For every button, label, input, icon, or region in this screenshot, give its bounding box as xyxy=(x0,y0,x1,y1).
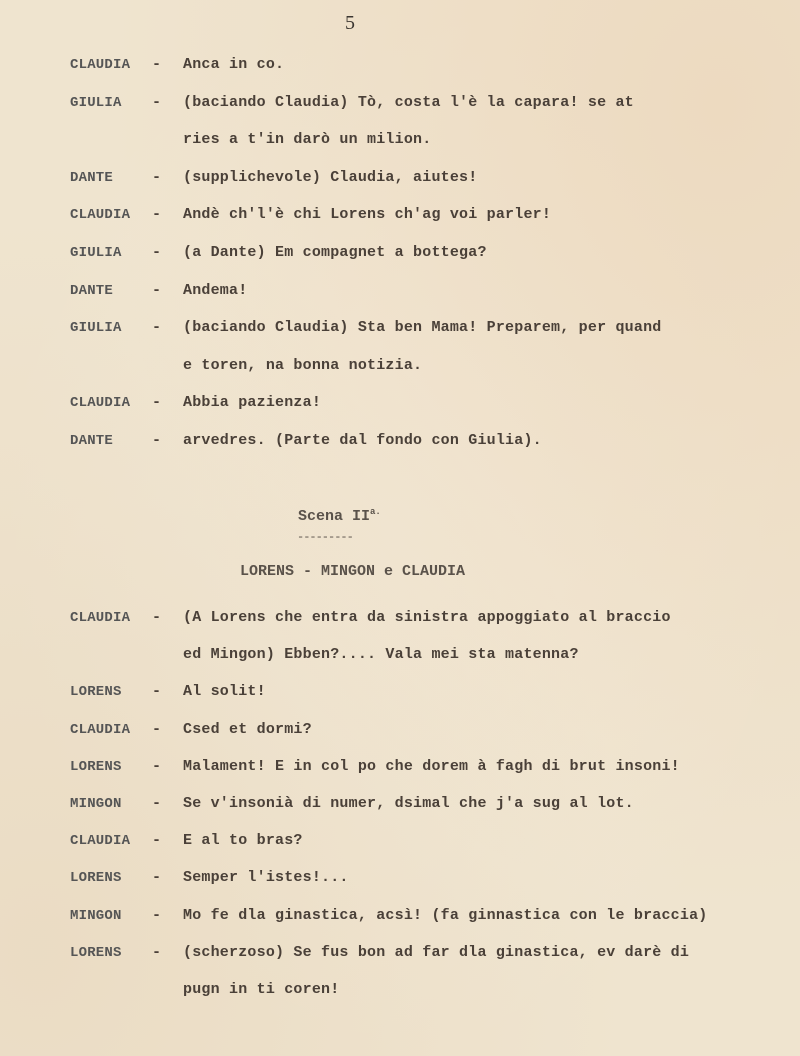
dialogue-text: Andema! xyxy=(183,280,247,302)
dialogue-text: Al solit! xyxy=(183,681,266,703)
speaker-dash: - xyxy=(152,793,161,815)
speaker-name: DANTE xyxy=(70,167,150,189)
scene-title: Scena IIa. xyxy=(298,507,381,525)
speaker-name: LORENS xyxy=(70,681,150,703)
speaker-dash: - xyxy=(152,392,161,414)
dialogue-text: ed Mingon) Ebben?.... Vala mei sta maten… xyxy=(183,644,579,666)
speaker-dash: - xyxy=(152,242,161,264)
dialogue-text: ries a t'in darò un milion. xyxy=(183,129,431,151)
dialogue-text: (supplichevole) Claudia, aiutes! xyxy=(183,167,477,189)
dialogue-text: (scherzoso) Se fus bon ad far dla ginast… xyxy=(183,942,689,964)
speaker-name: CLAUDIA xyxy=(70,204,150,226)
speaker-dash: - xyxy=(152,92,161,114)
speaker-name: GIULIA xyxy=(70,317,150,339)
scene-characters: LORENS - MINGON e CLAUDIA xyxy=(240,563,465,580)
speaker-dash: - xyxy=(152,167,161,189)
scene-title-superscript: a. xyxy=(370,507,381,517)
scene-title-underline: --------- xyxy=(297,530,353,544)
speaker-name: CLAUDIA xyxy=(70,392,150,414)
speaker-dash: - xyxy=(152,905,161,927)
speaker-dash: - xyxy=(152,54,161,76)
dialogue-text: (baciando Claudia) Sta ben Mama! Prepare… xyxy=(183,317,661,339)
speaker-name: GIULIA xyxy=(70,92,150,114)
dialogue-text: pugn in ti coren! xyxy=(183,979,339,1001)
speaker-dash: - xyxy=(152,317,161,339)
dialogue-text: arvedres. (Parte dal fondo con Giulia). xyxy=(183,430,542,452)
speaker-name: CLAUDIA xyxy=(70,607,150,629)
speaker-dash: - xyxy=(152,681,161,703)
dialogue-text: (a Dante) Em compagnet a bottega? xyxy=(183,242,487,264)
speaker-dash: - xyxy=(152,830,161,852)
speaker-name: MINGON xyxy=(70,905,150,927)
dialogue-text: (A Lorens che entra da sinistra appoggia… xyxy=(183,607,671,629)
speaker-dash: - xyxy=(152,719,161,741)
speaker-name: DANTE xyxy=(70,280,150,302)
speaker-dash: - xyxy=(152,607,161,629)
dialogue-text: Anca in co. xyxy=(183,54,284,76)
dialogue-text: e toren, na bonna notizia. xyxy=(183,355,422,377)
dialogue-text: E al to bras? xyxy=(183,830,303,852)
speaker-name: LORENS xyxy=(70,756,150,778)
speaker-dash: - xyxy=(152,942,161,964)
speaker-name: GIULIA xyxy=(70,242,150,264)
dialogue-text: Andè ch'l'è chi Lorens ch'ag voi parler! xyxy=(183,204,551,226)
dialogue-text: Abbia pazienza! xyxy=(183,392,321,414)
dialogue-text: Semper l'istes!... xyxy=(183,867,349,889)
scene-title-text: Scena II xyxy=(298,508,370,525)
speaker-dash: - xyxy=(152,756,161,778)
speaker-dash: - xyxy=(152,280,161,302)
speaker-name: DANTE xyxy=(70,430,150,452)
dialogue-text: Malament! E in col po che dorem à fagh d… xyxy=(183,756,680,778)
speaker-dash: - xyxy=(152,867,161,889)
speaker-name: CLAUDIA xyxy=(70,719,150,741)
dialogue-text: Csed et dormi? xyxy=(183,719,312,741)
speaker-name: LORENS xyxy=(70,942,150,964)
speaker-dash: - xyxy=(152,204,161,226)
dialogue-text: Mo fe dla ginastica, acsì! (fa ginnastic… xyxy=(183,905,707,927)
speaker-dash: - xyxy=(152,430,161,452)
speaker-name: CLAUDIA xyxy=(70,54,150,76)
dialogue-text: (baciando Claudia) Tò, costa l'è la capa… xyxy=(183,92,634,114)
speaker-name: MINGON xyxy=(70,793,150,815)
dialogue-text: Se v'insonià di numer, dsimal che j'a su… xyxy=(183,793,634,815)
speaker-name: CLAUDIA xyxy=(70,830,150,852)
page-number: 5 xyxy=(345,12,355,35)
speaker-name: LORENS xyxy=(70,867,150,889)
